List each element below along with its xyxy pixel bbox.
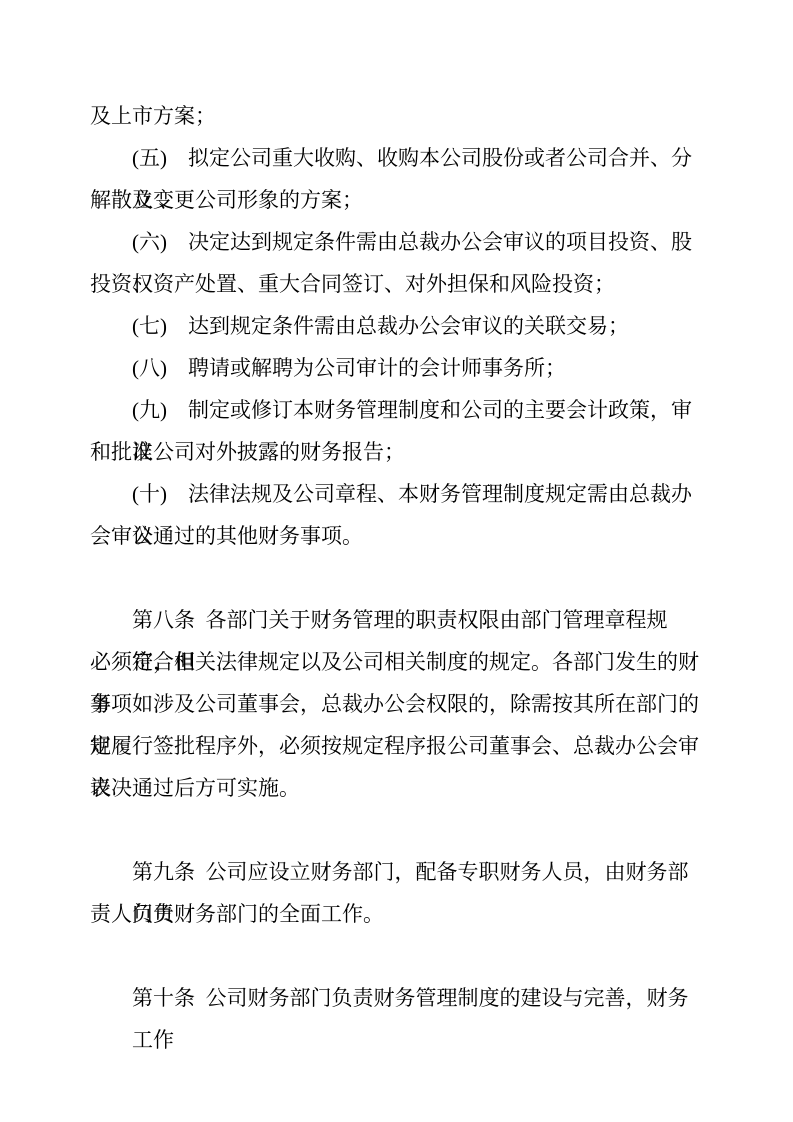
text-line: 责人负责财务部门的全面工作。 bbox=[90, 893, 705, 935]
text-line: 必须符合相关法律规定以及公司相关制度的规定。各部门发生的财务 bbox=[90, 641, 705, 683]
text-line: 表决通过后方可实施。 bbox=[90, 767, 705, 809]
text-line: (十) 法律法规及公司章程、本财务管理制度规定需由总裁办公 bbox=[90, 473, 705, 515]
text-line: (五) 拟定公司重大收购、收购本公司股份或者公司合并、分立 、 bbox=[90, 137, 705, 179]
text-line: 定履行签批程序外，必须按规定程序报公司董事会、总裁办公会审议 bbox=[90, 725, 705, 767]
text-line: 投资、资产处置、重大合同签订、对外担保和风险投资； bbox=[90, 263, 705, 305]
blank-line bbox=[90, 557, 705, 599]
text-line: 事项如涉及公司董事会，总裁办公会权限的，除需按其所在部门的规 bbox=[90, 683, 705, 725]
text-line: 及上市方案； bbox=[90, 95, 705, 137]
text-line: 会审议通过的其他财务事项。 bbox=[90, 515, 705, 557]
text-line: 第八条 各部门关于财务管理的职责权限由部门管理章程规定，但 bbox=[90, 599, 705, 641]
text-line: (六) 决定达到规定条件需由总裁办公会审议的项目投资、股权 bbox=[90, 221, 705, 263]
text-line: (九) 制定或修订本财务管理制度和公司的主要会计政策，审议 bbox=[90, 389, 705, 431]
text-line: 解散及变更公司形象的方案； bbox=[90, 179, 705, 221]
text-line: 和批准公司对外披露的财务报告； bbox=[90, 431, 705, 473]
document-body: 及上市方案；(五) 拟定公司重大收购、收购本公司股份或者公司合并、分立 、解散及… bbox=[90, 95, 705, 1019]
text-line: (八) 聘请或解聘为公司审计的会计师事务所； bbox=[90, 347, 705, 389]
text-line: (七) 达到规定条件需由总裁办公会审议的关联交易； bbox=[90, 305, 705, 347]
text-line: 第十条 公司财务部门负责财务管理制度的建设与完善，财务工作 bbox=[90, 977, 705, 1019]
blank-line bbox=[90, 935, 705, 977]
blank-line bbox=[90, 809, 705, 851]
text-line: 第九条 公司应设立财务部门，配备专职财务人员，由财务部门负 bbox=[90, 851, 705, 893]
document-page: 及上市方案；(五) 拟定公司重大收购、收购本公司股份或者公司合并、分立 、解散及… bbox=[0, 0, 793, 1122]
